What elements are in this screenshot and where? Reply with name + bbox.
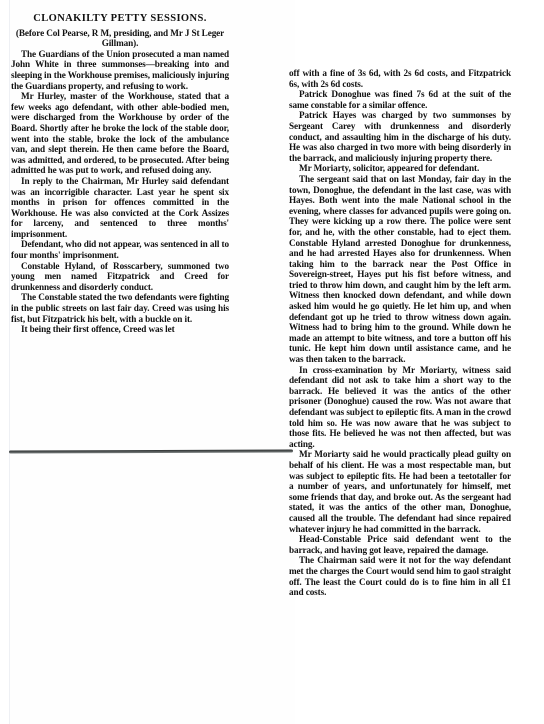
article-column-left: CLONAKILTY PETTY SESSIONS. (Before Col P… [11, 14, 229, 335]
article-byline: (Before Col Pearse, R M, presiding, and … [11, 28, 229, 49]
paragraph: Defendant, who did not appear, was sente… [11, 239, 229, 260]
paragraph: Mr Moriarty, solicitor, appeared for def… [289, 163, 511, 174]
paragraph: In cross-examination by Mr Moriarty, wit… [289, 365, 511, 450]
paragraph: Patrick Donoghue was fined 7s 6d at the … [289, 89, 511, 110]
paragraph: Patrick Hayes was charged by two summons… [289, 110, 511, 163]
paragraph: The sergeant said that on last Monday, f… [289, 174, 511, 365]
paragraph: Constable Hyland, of Rosscarbery, summon… [11, 261, 229, 293]
article-column-right: off with a fine of 3s 6d, with 2s 6d cos… [289, 68, 511, 598]
paragraph: Head-Constable Price said defendant went… [289, 534, 511, 555]
paragraph: The Chairman said were it not for the wa… [289, 555, 511, 597]
paragraph: Mr Hurley, master of the Workhouse, stat… [11, 91, 229, 176]
paragraph: Mr Moriarty said he would practically pl… [289, 449, 511, 534]
paragraph: In reply to the Chairman, Mr Hurley said… [11, 176, 229, 240]
paragraph: off with a fine of 3s 6d, with 2s 6d cos… [289, 68, 511, 89]
paragraph: The Guardians of the Union prosecuted a … [11, 49, 229, 91]
paragraph: It being their first offence, Creed was … [11, 324, 229, 335]
article-headline: CLONAKILTY PETTY SESSIONS. [11, 14, 229, 25]
paragraph: The Constable stated the two defendants … [11, 292, 229, 324]
